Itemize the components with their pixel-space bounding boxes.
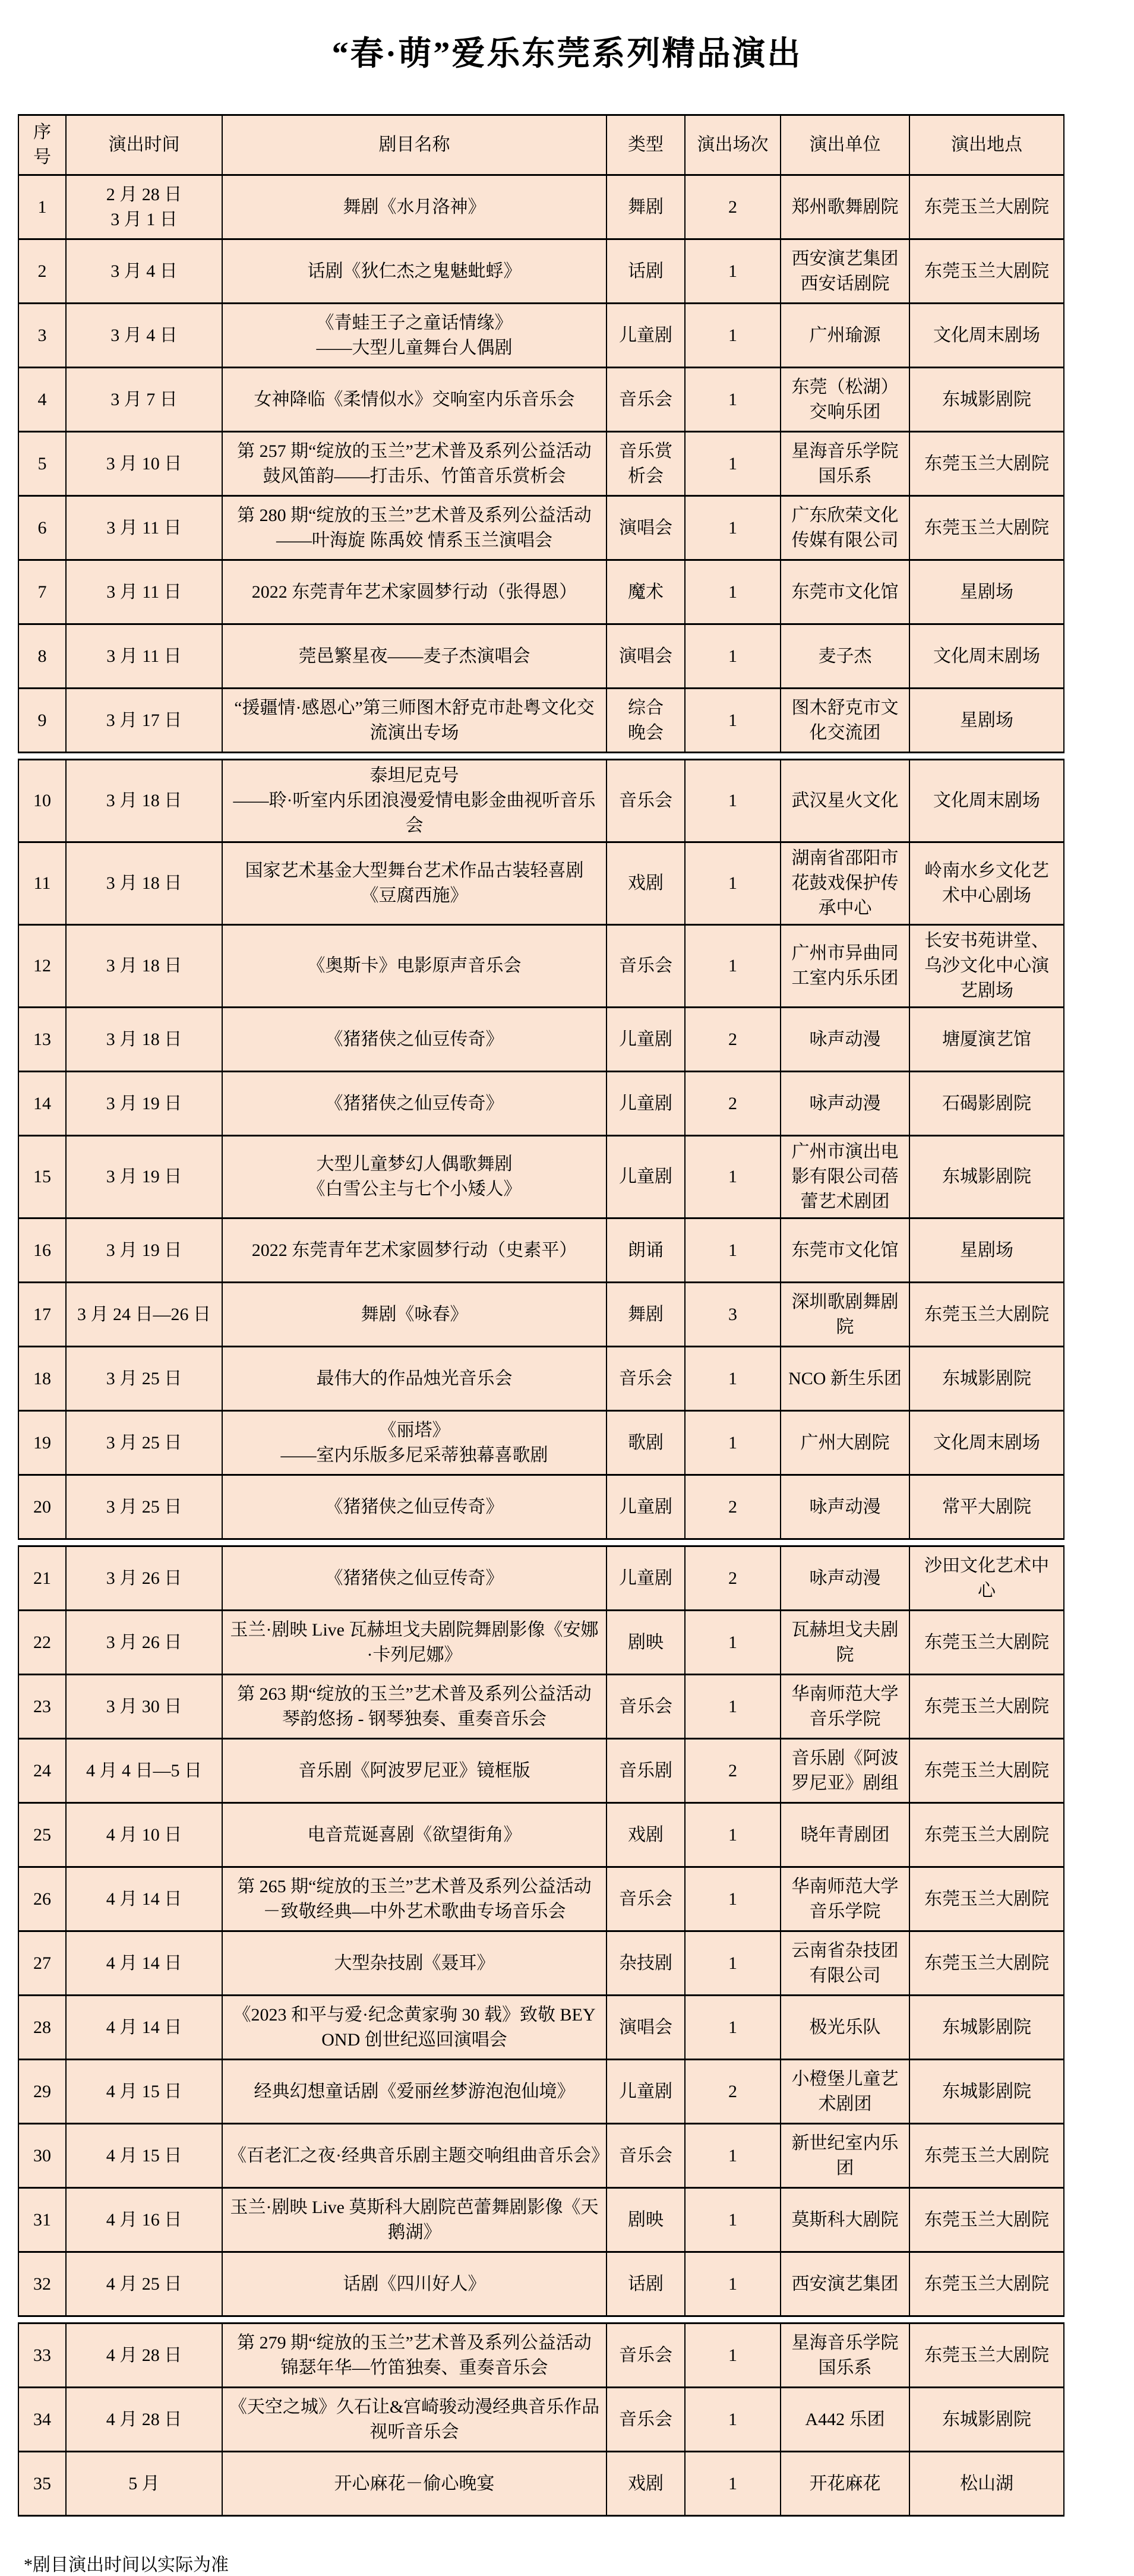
cell-date: 3 月 18 日	[66, 842, 222, 925]
cell-unit: A442 乐团	[781, 2388, 909, 2452]
cell-unit: 咏声动漫	[781, 1008, 909, 1072]
cell-venue: 东莞玉兰大剧院	[909, 1867, 1064, 1931]
cell-date: 3 月 11 日	[66, 560, 222, 624]
table-row: 344 月 28 日《天空之城》久石让&宫崎骏动漫经典音乐作品视听音乐会音乐会1…	[18, 2388, 1064, 2452]
cell-date: 3 月 18 日	[66, 760, 222, 842]
table-row: 123 月 18 日《奥斯卡》电影原声音乐会音乐会1广州市异曲同工室内乐乐团长安…	[18, 925, 1064, 1008]
cell-shows: 1	[685, 2124, 781, 2188]
cell-type: 儿童剧	[607, 1136, 685, 1218]
cell-name: 《天空之城》久石让&宫崎骏动漫经典音乐作品视听音乐会	[222, 2388, 607, 2452]
cell-name: 舞剧《水月洛神》	[222, 175, 607, 239]
cell-type: 魔术	[607, 560, 685, 624]
cell-unit: 郑州歌舞剧院	[781, 175, 909, 239]
cell-type: 音乐会	[607, 1867, 685, 1931]
cell-unit: 咏声动漫	[781, 1475, 909, 1539]
cell-no: 27	[18, 1931, 66, 1996]
table-row: 12 月 28 日 3 月 1 日舞剧《水月洛神》舞剧2郑州歌舞剧院东莞玉兰大剧…	[18, 175, 1064, 239]
table-row: 324 月 25 日话剧《四川好人》话剧1西安演艺集团东莞玉兰大剧院	[18, 2252, 1064, 2316]
cell-venue: 东莞玉兰大剧院	[909, 432, 1064, 496]
cell-unit: 图木舒克市文化交流团	[781, 689, 909, 753]
table-row: 274 月 14 日大型杂技剧《聂耳》杂技剧1云南省杂技团有限公司东莞玉兰大剧院	[18, 1931, 1064, 1996]
cell-name: 大型杂技剧《聂耳》	[222, 1931, 607, 1996]
cell-date: 3 月 11 日	[66, 496, 222, 560]
cell-type: 剧映	[607, 2188, 685, 2252]
cell-name: 《青蛙王子之童话情缘》 ——大型儿童舞台人偶剧	[222, 304, 607, 368]
cell-venue: 东莞玉兰大剧院	[909, 2324, 1064, 2388]
cell-no: 1	[18, 175, 66, 239]
table-row: 294 月 15 日经典幻想童话剧《爱丽丝梦游泡泡仙境》儿童剧2小橙堡儿童艺术剧…	[18, 2060, 1064, 2124]
cell-no: 17	[18, 1283, 66, 1347]
table-row: 254 月 10 日电音荒诞喜剧《欲望街角》戏剧1晓年青剧团东莞玉兰大剧院	[18, 1803, 1064, 1867]
cell-name: 电音荒诞喜剧《欲望街角》	[222, 1803, 607, 1867]
cell-name: 第 279 期“绽放的玉兰”艺术普及系列公益活动锦瑟年华—竹笛独奏、重奏音乐会	[222, 2324, 607, 2388]
cell-name: 《猪猪侠之仙豆传奇》	[222, 1546, 607, 1611]
cell-venue: 星剧场	[909, 560, 1064, 624]
cell-date: 3 月 30 日	[66, 1675, 222, 1739]
cell-venue: 东莞玉兰大剧院	[909, 2252, 1064, 2316]
cell-name: 话剧《四川好人》	[222, 2252, 607, 2316]
table-row: 43 月 7 日女神降临《柔情似水》交响室内乐音乐会音乐会1东莞（松湖）交响乐团…	[18, 368, 1064, 432]
col-header-type: 类型	[607, 115, 685, 175]
cell-date: 3 月 25 日	[66, 1347, 222, 1411]
cell-shows: 1	[685, 432, 781, 496]
cell-unit: NCO 新生乐团	[781, 1347, 909, 1411]
cell-date: 3 月 26 日	[66, 1611, 222, 1675]
cell-name: 最伟大的作品烛光音乐会	[222, 1347, 607, 1411]
table-row: 53 月 10 日第 257 期“绽放的玉兰”艺术普及系列公益活动鼓风笛韵——打…	[18, 432, 1064, 496]
cell-shows: 1	[685, 1675, 781, 1739]
table-row: 264 月 14 日第 265 期“绽放的玉兰”艺术普及系列公益活动－致敬经典—…	[18, 1867, 1064, 1931]
cell-shows: 1	[685, 2252, 781, 2316]
cell-type: 音乐会	[607, 2324, 685, 2388]
cell-date: 3 月 24 日—26 日	[66, 1283, 222, 1347]
cell-venue: 东城影剧院	[909, 2388, 1064, 2452]
cell-type: 演唱会	[607, 624, 685, 689]
cell-shows: 3	[685, 1283, 781, 1347]
cell-no: 19	[18, 1411, 66, 1475]
cell-unit: 咏声动漫	[781, 1546, 909, 1611]
cell-type: 音乐会	[607, 760, 685, 842]
cell-name: 话剧《狄仁杰之鬼魅蚍蜉》	[222, 239, 607, 304]
cell-type: 剧映	[607, 1611, 685, 1675]
cell-unit: 晓年青剧团	[781, 1803, 909, 1867]
cell-type: 音乐会	[607, 2388, 685, 2452]
cell-venue: 东莞玉兰大剧院	[909, 496, 1064, 560]
cell-no: 32	[18, 2252, 66, 2316]
cell-type: 戏剧	[607, 1803, 685, 1867]
cell-venue: 塘厦演艺馆	[909, 1008, 1064, 1072]
cell-date: 3 月 7 日	[66, 368, 222, 432]
cell-no: 24	[18, 1739, 66, 1803]
table-row: 73 月 11 日2022 东莞青年艺术家圆梦行动（张得恩）魔术1东莞市文化馆星…	[18, 560, 1064, 624]
cell-shows: 1	[685, 1347, 781, 1411]
cell-date: 3 月 19 日	[66, 1218, 222, 1283]
table-row: 223 月 26 日玉兰·剧映 Live 瓦赫坦戈夫剧院舞剧影像《安娜·卡列尼娜…	[18, 1611, 1064, 1675]
cell-name: 《丽塔》 ——室内乐版多尼采蒂独幕喜歌剧	[222, 1411, 607, 1475]
cell-no: 3	[18, 304, 66, 368]
cell-date: 3 月 25 日	[66, 1411, 222, 1475]
cell-unit: 瓦赫坦戈夫剧院	[781, 1611, 909, 1675]
cell-no: 20	[18, 1475, 66, 1539]
page: “春·萌”爱乐东莞系列精品演出 序号演出时间剧目名称类型演出场次演出单位演出地点…	[0, 27, 1134, 2576]
cell-no: 22	[18, 1611, 66, 1675]
cell-shows: 1	[685, 368, 781, 432]
cell-date: 3 月 17 日	[66, 689, 222, 753]
cell-unit: 湖南省邵阳市花鼓戏保护传承中心	[781, 842, 909, 925]
cell-venue: 东城影剧院	[909, 1347, 1064, 1411]
cell-date: 4 月 28 日	[66, 2388, 222, 2452]
cell-name: 《猪猪侠之仙豆传奇》	[222, 1008, 607, 1072]
table-row: 173 月 24 日—26 日舞剧《咏春》舞剧3深圳歌剧舞剧院东莞玉兰大剧院	[18, 1283, 1064, 1347]
cell-venue: 石碣影剧院	[909, 1072, 1064, 1136]
cell-name: “援疆情·感恩心”第三师图木舒克市赴粤文化交流演出专场	[222, 689, 607, 753]
cell-shows: 2	[685, 1475, 781, 1539]
page-title: “春·萌”爱乐东莞系列精品演出	[0, 27, 1134, 75]
cell-shows: 1	[685, 925, 781, 1008]
cell-date: 4 月 4 日—5 日	[66, 1739, 222, 1803]
cell-type: 音乐会	[607, 368, 685, 432]
header-row: 序号演出时间剧目名称类型演出场次演出单位演出地点	[18, 115, 1064, 175]
cell-venue: 东城影剧院	[909, 1996, 1064, 2060]
cell-shows: 2	[685, 1072, 781, 1136]
cell-date: 4 月 28 日	[66, 2324, 222, 2388]
cell-no: 21	[18, 1546, 66, 1611]
table-row: 355 月开心麻花－偷心晚宴戏剧1开花麻花松山湖	[18, 2452, 1064, 2516]
cell-unit: 音乐剧《阿波罗尼亚》剧组	[781, 1739, 909, 1803]
cell-type: 音乐会	[607, 1347, 685, 1411]
cell-shows: 1	[685, 1867, 781, 1931]
cell-date: 3 月 10 日	[66, 432, 222, 496]
table-row: 103 月 18 日泰坦尼克号 ——聆·听室内乐团浪漫爱情电影金曲视听音乐会音乐…	[18, 760, 1064, 842]
cell-date: 3 月 18 日	[66, 925, 222, 1008]
cell-date: 3 月 19 日	[66, 1072, 222, 1136]
table-row: 153 月 19 日大型儿童梦幻人偶歌舞剧 《白雪公主与七个小矮人》儿童剧1广州…	[18, 1136, 1064, 1218]
cell-name: 大型儿童梦幻人偶歌舞剧 《白雪公主与七个小矮人》	[222, 1136, 607, 1218]
cell-no: 34	[18, 2388, 66, 2452]
cell-no: 31	[18, 2188, 66, 2252]
cell-no: 6	[18, 496, 66, 560]
cell-name: 舞剧《咏春》	[222, 1283, 607, 1347]
cell-date: 3 月 4 日	[66, 239, 222, 304]
cell-unit: 东莞市文化馆	[781, 560, 909, 624]
cell-unit: 新世纪室内乐团	[781, 2124, 909, 2188]
cell-date: 4 月 14 日	[66, 1996, 222, 2060]
cell-type: 话剧	[607, 2252, 685, 2316]
table-row: 233 月 30 日第 263 期“绽放的玉兰”艺术普及系列公益活动琴韵悠扬 -…	[18, 1675, 1064, 1739]
cell-shows: 1	[685, 2388, 781, 2452]
cell-type: 综合 晚会	[607, 689, 685, 753]
cell-no: 29	[18, 2060, 66, 2124]
cell-venue: 东莞玉兰大剧院	[909, 1675, 1064, 1739]
cell-name: 《猪猪侠之仙豆传奇》	[222, 1072, 607, 1136]
performance-schedule: 序号演出时间剧目名称类型演出场次演出单位演出地点12 月 28 日 3 月 1 …	[18, 114, 1063, 2517]
cell-date: 3 月 18 日	[66, 1008, 222, 1072]
cell-unit: 华南师范大学音乐学院	[781, 1867, 909, 1931]
cell-unit: 西安演艺集团西安话剧院	[781, 239, 909, 304]
cell-type: 儿童剧	[607, 304, 685, 368]
cell-type: 演唱会	[607, 496, 685, 560]
table-row: 183 月 25 日最伟大的作品烛光音乐会音乐会1NCO 新生乐团东城影剧院	[18, 1347, 1064, 1411]
cell-no: 33	[18, 2324, 66, 2388]
cell-venue: 东莞玉兰大剧院	[909, 239, 1064, 304]
cell-date: 3 月 19 日	[66, 1136, 222, 1218]
cell-venue: 东城影剧院	[909, 368, 1064, 432]
cell-shows: 1	[685, 239, 781, 304]
cell-no: 23	[18, 1675, 66, 1739]
cell-venue: 东城影剧院	[909, 2060, 1064, 2124]
cell-shows: 1	[685, 2452, 781, 2516]
cell-date: 3 月 25 日	[66, 1475, 222, 1539]
cell-name: 开心麻花－偷心晚宴	[222, 2452, 607, 2516]
cell-unit: 星海音乐学院国乐系	[781, 432, 909, 496]
cell-no: 2	[18, 239, 66, 304]
cell-type: 儿童剧	[607, 1008, 685, 1072]
cell-name: 经典幻想童话剧《爱丽丝梦游泡泡仙境》	[222, 2060, 607, 2124]
col-header-no: 序号	[18, 115, 66, 175]
cell-unit: 开花麻花	[781, 2452, 909, 2516]
cell-name: 第 263 期“绽放的玉兰”艺术普及系列公益活动琴韵悠扬 - 钢琴独奏、重奏音乐…	[222, 1675, 607, 1739]
cell-unit: 广州市异曲同工室内乐乐团	[781, 925, 909, 1008]
cell-shows: 1	[685, 496, 781, 560]
cell-date: 4 月 16 日	[66, 2188, 222, 2252]
table-row: 93 月 17 日“援疆情·感恩心”第三师图木舒克市赴粤文化交流演出专场综合 晚…	[18, 689, 1064, 753]
cell-shows: 1	[685, 624, 781, 689]
cell-venue: 文化周末剧场	[909, 624, 1064, 689]
table-row: 314 月 16 日玉兰·剧映 Live 莫斯科大剧院芭蕾舞剧影像《天鹅湖》剧映…	[18, 2188, 1064, 2252]
cell-no: 18	[18, 1347, 66, 1411]
cell-shows: 1	[685, 1411, 781, 1475]
cell-no: 12	[18, 925, 66, 1008]
cell-shows: 1	[685, 2188, 781, 2252]
cell-shows: 2	[685, 1739, 781, 1803]
cell-name: 音乐剧《阿波罗尼亚》镜框版	[222, 1739, 607, 1803]
cell-type: 音乐剧	[607, 1739, 685, 1803]
table-row: 193 月 25 日《丽塔》 ——室内乐版多尼采蒂独幕喜歌剧歌剧1广州大剧院文化…	[18, 1411, 1064, 1475]
cell-unit: 西安演艺集团	[781, 2252, 909, 2316]
cell-shows: 1	[685, 689, 781, 753]
cell-no: 15	[18, 1136, 66, 1218]
cell-no: 10	[18, 760, 66, 842]
cell-shows: 1	[685, 1136, 781, 1218]
cell-unit: 云南省杂技团有限公司	[781, 1931, 909, 1996]
cell-shows: 1	[685, 1803, 781, 1867]
cell-unit: 麦子杰	[781, 624, 909, 689]
cell-name: 《2023 和平与爱·纪念黄家驹 30 载》致敬 BEYOND 创世纪巡回演唱会	[222, 1996, 607, 2060]
cell-name: 女神降临《柔情似水》交响室内乐音乐会	[222, 368, 607, 432]
cell-no: 30	[18, 2124, 66, 2188]
cell-type: 儿童剧	[607, 1072, 685, 1136]
cell-no: 11	[18, 842, 66, 925]
cell-name: 《百老汇之夜·经典音乐剧主题交响组曲音乐会》	[222, 2124, 607, 2188]
cell-unit: 广东欣荣文化传媒有限公司	[781, 496, 909, 560]
cell-type: 音乐会	[607, 925, 685, 1008]
cell-name: 2022 东莞青年艺术家圆梦行动（张得恩）	[222, 560, 607, 624]
cell-type: 演唱会	[607, 1996, 685, 2060]
cell-shows: 1	[685, 1931, 781, 1996]
cell-type: 音乐会	[607, 1675, 685, 1739]
cell-venue: 文化周末剧场	[909, 1411, 1064, 1475]
table-row: 244 月 4 日—5 日音乐剧《阿波罗尼亚》镜框版音乐剧2音乐剧《阿波罗尼亚》…	[18, 1739, 1064, 1803]
col-header-unit: 演出单位	[781, 115, 909, 175]
cell-type: 舞剧	[607, 175, 685, 239]
cell-type: 戏剧	[607, 842, 685, 925]
cell-unit: 广州大剧院	[781, 1411, 909, 1475]
cell-no: 5	[18, 432, 66, 496]
cell-shows: 1	[685, 760, 781, 842]
schedule-table-section-4: 334 月 28 日第 279 期“绽放的玉兰”艺术普及系列公益活动锦瑟年华—竹…	[18, 2322, 1064, 2517]
cell-name: 玉兰·剧映 Live 瓦赫坦戈夫剧院舞剧影像《安娜·卡列尼娜》	[222, 1611, 607, 1675]
cell-type: 音乐赏 析会	[607, 432, 685, 496]
cell-unit: 华南师范大学音乐学院	[781, 1675, 909, 1739]
col-header-date: 演出时间	[66, 115, 222, 175]
cell-name: 2022 东莞青年艺术家圆梦行动（史素平）	[222, 1218, 607, 1283]
cell-unit: 莫斯科大剧院	[781, 2188, 909, 2252]
cell-venue: 东莞玉兰大剧院	[909, 1739, 1064, 1803]
cell-name: 《奥斯卡》电影原声音乐会	[222, 925, 607, 1008]
cell-date: 4 月 15 日	[66, 2060, 222, 2124]
table-row: 33 月 4 日《青蛙王子之童话情缘》 ——大型儿童舞台人偶剧儿童剧1广州瑜源文…	[18, 304, 1064, 368]
cell-date: 4 月 25 日	[66, 2252, 222, 2316]
cell-date: 4 月 10 日	[66, 1803, 222, 1867]
cell-date: 4 月 15 日	[66, 2124, 222, 2188]
cell-venue: 东莞玉兰大剧院	[909, 1931, 1064, 1996]
col-header-name: 剧目名称	[222, 115, 607, 175]
cell-shows: 2	[685, 175, 781, 239]
cell-no: 13	[18, 1008, 66, 1072]
cell-shows: 1	[685, 304, 781, 368]
cell-unit: 广州市演出电影有限公司蓓蕾艺术剧团	[781, 1136, 909, 1218]
table-row: 304 月 15 日《百老汇之夜·经典音乐剧主题交响组曲音乐会》音乐会1新世纪室…	[18, 2124, 1064, 2188]
table-row: 143 月 19 日《猪猪侠之仙豆传奇》儿童剧2咏声动漫石碣影剧院	[18, 1072, 1064, 1136]
cell-name: 玉兰·剧映 Live 莫斯科大剧院芭蕾舞剧影像《天鹅湖》	[222, 2188, 607, 2252]
cell-venue: 东莞玉兰大剧院	[909, 2124, 1064, 2188]
cell-venue: 东莞玉兰大剧院	[909, 1803, 1064, 1867]
col-header-shows: 演出场次	[685, 115, 781, 175]
schedule-table-section-3: 213 月 26 日《猪猪侠之仙豆传奇》儿童剧2咏声动漫沙田文化艺术中心223 …	[18, 1545, 1064, 2317]
table-row: 213 月 26 日《猪猪侠之仙豆传奇》儿童剧2咏声动漫沙田文化艺术中心	[18, 1546, 1064, 1611]
cell-shows: 1	[685, 842, 781, 925]
cell-shows: 2	[685, 1008, 781, 1072]
cell-venue: 文化周末剧场	[909, 760, 1064, 842]
cell-type: 戏剧	[607, 2452, 685, 2516]
cell-venue: 东莞玉兰大剧院	[909, 1611, 1064, 1675]
cell-venue: 长安书苑讲堂、乌沙文化中心演艺剧场	[909, 925, 1064, 1008]
cell-type: 儿童剧	[607, 1475, 685, 1539]
schedule-table-section-1: 序号演出时间剧目名称类型演出场次演出单位演出地点12 月 28 日 3 月 1 …	[18, 114, 1064, 753]
cell-venue: 文化周末剧场	[909, 304, 1064, 368]
cell-no: 8	[18, 624, 66, 689]
table-row: 83 月 11 日莞邑繁星夜——麦子杰演唱会演唱会1麦子杰文化周末剧场	[18, 624, 1064, 689]
cell-no: 9	[18, 689, 66, 753]
cell-date: 2 月 28 日 3 月 1 日	[66, 175, 222, 239]
cell-type: 朗诵	[607, 1218, 685, 1283]
cell-venue: 星剧场	[909, 689, 1064, 753]
cell-unit: 东莞（松湖）交响乐团	[781, 368, 909, 432]
col-header-venue: 演出地点	[909, 115, 1064, 175]
cell-unit: 深圳歌剧舞剧院	[781, 1283, 909, 1347]
schedule-table-section-2: 103 月 18 日泰坦尼克号 ——聆·听室内乐团浪漫爱情电影金曲视听音乐会音乐…	[18, 759, 1064, 1540]
table-row: 203 月 25 日《猪猪侠之仙豆传奇》儿童剧2咏声动漫常平大剧院	[18, 1475, 1064, 1539]
cell-unit: 东莞市文化馆	[781, 1218, 909, 1283]
cell-name: 莞邑繁星夜——麦子杰演唱会	[222, 624, 607, 689]
cell-venue: 东莞玉兰大剧院	[909, 1283, 1064, 1347]
cell-type: 话剧	[607, 239, 685, 304]
cell-type: 儿童剧	[607, 2060, 685, 2124]
cell-unit: 极光乐队	[781, 1996, 909, 2060]
cell-venue: 岭南水乡文化艺术中心剧场	[909, 842, 1064, 925]
table-row: 63 月 11 日第 280 期“绽放的玉兰”艺术普及系列公益活动——叶海旋 陈…	[18, 496, 1064, 560]
cell-venue: 松山湖	[909, 2452, 1064, 2516]
cell-name: 《猪猪侠之仙豆传奇》	[222, 1475, 607, 1539]
cell-unit: 小橙堡儿童艺术剧团	[781, 2060, 909, 2124]
table-row: 23 月 4 日话剧《狄仁杰之鬼魅蚍蜉》话剧1西安演艺集团西安话剧院东莞玉兰大剧…	[18, 239, 1064, 304]
cell-shows: 2	[685, 1546, 781, 1611]
cell-type: 儿童剧	[607, 1546, 685, 1611]
cell-no: 28	[18, 1996, 66, 2060]
cell-no: 16	[18, 1218, 66, 1283]
cell-unit: 星海音乐学院国乐系	[781, 2324, 909, 2388]
cell-type: 音乐会	[607, 2124, 685, 2188]
cell-venue: 星剧场	[909, 1218, 1064, 1283]
cell-shows: 1	[685, 1996, 781, 2060]
footnote: *剧目演出时间以实际为准	[24, 2550, 1134, 2576]
cell-no: 14	[18, 1072, 66, 1136]
cell-no: 4	[18, 368, 66, 432]
cell-date: 4 月 14 日	[66, 1931, 222, 1996]
cell-date: 3 月 26 日	[66, 1546, 222, 1611]
cell-no: 26	[18, 1867, 66, 1931]
cell-venue: 东城影剧院	[909, 1136, 1064, 1218]
cell-type: 杂技剧	[607, 1931, 685, 1996]
cell-shows: 1	[685, 2324, 781, 2388]
cell-date: 3 月 11 日	[66, 624, 222, 689]
cell-shows: 2	[685, 2060, 781, 2124]
cell-no: 25	[18, 1803, 66, 1867]
cell-unit: 咏声动漫	[781, 1072, 909, 1136]
cell-no: 7	[18, 560, 66, 624]
cell-venue: 常平大剧院	[909, 1475, 1064, 1539]
cell-date: 4 月 14 日	[66, 1867, 222, 1931]
cell-shows: 1	[685, 560, 781, 624]
cell-no: 35	[18, 2452, 66, 2516]
cell-unit: 广州瑜源	[781, 304, 909, 368]
cell-venue: 沙田文化艺术中心	[909, 1546, 1064, 1611]
cell-date: 3 月 4 日	[66, 304, 222, 368]
cell-date: 5 月	[66, 2452, 222, 2516]
cell-name: 第 257 期“绽放的玉兰”艺术普及系列公益活动鼓风笛韵——打击乐、竹笛音乐赏析…	[222, 432, 607, 496]
cell-type: 歌剧	[607, 1411, 685, 1475]
cell-type: 舞剧	[607, 1283, 685, 1347]
cell-shows: 1	[685, 1218, 781, 1283]
cell-name: 第 265 期“绽放的玉兰”艺术普及系列公益活动－致敬经典—中外艺术歌曲专场音乐…	[222, 1867, 607, 1931]
table-row: 133 月 18 日《猪猪侠之仙豆传奇》儿童剧2咏声动漫塘厦演艺馆	[18, 1008, 1064, 1072]
cell-name: 泰坦尼克号 ——聆·听室内乐团浪漫爱情电影金曲视听音乐会	[222, 760, 607, 842]
table-row: 334 月 28 日第 279 期“绽放的玉兰”艺术普及系列公益活动锦瑟年华—竹…	[18, 2324, 1064, 2388]
cell-venue: 东莞玉兰大剧院	[909, 2188, 1064, 2252]
cell-venue: 东莞玉兰大剧院	[909, 175, 1064, 239]
cell-unit: 武汉星火文化	[781, 760, 909, 842]
cell-name: 国家艺术基金大型舞台艺术作品古装轻喜剧《豆腐西施》	[222, 842, 607, 925]
table-row: 284 月 14 日《2023 和平与爱·纪念黄家驹 30 载》致敬 BEYON…	[18, 1996, 1064, 2060]
table-row: 113 月 18 日国家艺术基金大型舞台艺术作品古装轻喜剧《豆腐西施》戏剧1湖南…	[18, 842, 1064, 925]
table-row: 163 月 19 日2022 东莞青年艺术家圆梦行动（史素平）朗诵1东莞市文化馆…	[18, 1218, 1064, 1283]
cell-shows: 1	[685, 1611, 781, 1675]
cell-name: 第 280 期“绽放的玉兰”艺术普及系列公益活动——叶海旋 陈禹姣 情系玉兰演唱…	[222, 496, 607, 560]
